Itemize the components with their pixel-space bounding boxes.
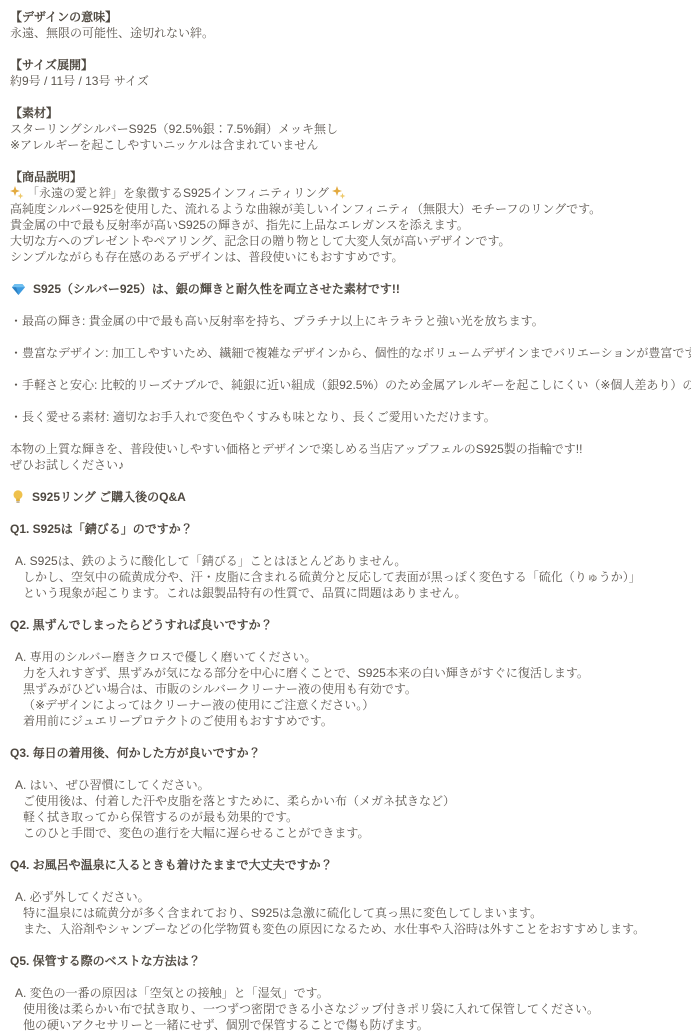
answer-line: A. 変色の一番の原因は「空気との接触」と「湿気」です。 <box>10 985 681 1001</box>
question: Q4. お風呂や温泉に入るときも着けたままで大丈夫ですか？ <box>10 857 681 873</box>
qa-item-5: Q5. 保管する際のベストな方法は？ A. 変色の一番の原因は「空気との接触」と… <box>10 953 681 1033</box>
answer: A. 変色の一番の原因は「空気との接触」と「湿気」です。 使用後は柔らかい布で拭… <box>10 985 681 1033</box>
answer-line: 使用後は柔らかい布で拭き取り、一つずつ密閉できる小さなジップ付きポリ袋に入れて保… <box>10 1001 681 1017</box>
section-material: 【素材】 スターリングシルバーS925（92.5%銀：7.5%銅）メッキ無し ※… <box>10 105 681 153</box>
feature-heading-row: S925（シルバー925）は、銀の輝きと耐久性を両立させた素材です!! <box>10 281 681 297</box>
qa-item-2: Q2. 黒ずんでしまったらどうすれば良いですか？ A. 専用のシルバー磨きクロス… <box>10 617 681 729</box>
answer: A. S925は、鉄のように酸化して「錆びる」ことはほとんどありません。 しかし… <box>10 553 681 601</box>
material-text: スターリングシルバーS925（92.5%銀：7.5%銅）メッキ無し <box>10 121 681 137</box>
answer-line: ご使用後は、付着した汗や皮脂を落とすために、柔らかい布（メガネ拭きなど） <box>10 793 681 809</box>
question: Q1. S925は「錆びる」のですか？ <box>10 521 681 537</box>
answer-line: A. はい、ぜひ習慣にしてください。 <box>10 777 681 793</box>
closing-text: ぜひお試しください♪ <box>10 457 681 473</box>
answer-line: このひと手間で、変色の進行を大幅に遅らせることができます。 <box>10 825 681 841</box>
qa-heading-row: S925リング ご購入後のQ&A <box>10 489 681 505</box>
answer-line: （※デザインによってはクリーナー液の使用にご注意ください。） <box>10 697 681 713</box>
size-text: 約9号 / 11号 / 13号 サイズ <box>10 73 681 89</box>
lightbulb-icon <box>12 490 24 505</box>
answer-line: 着用前にジュエリープロテクトのご使用もおすすめです。 <box>10 713 681 729</box>
qa-heading-text: S925リング ご購入後のQ&A <box>32 489 186 505</box>
qa-item-1: Q1. S925は「錆びる」のですか？ A. S925は、鉄のように酸化して「錆… <box>10 521 681 601</box>
feature-heading-text: S925（シルバー925）は、銀の輝きと耐久性を両立させた素材です!! <box>33 281 400 297</box>
answer-line: 力を入れすぎず、黒ずみが気になる部分を中心に磨くことで、S925本来の白い輝きが… <box>10 665 681 681</box>
answer: A. はい、ぜひ習慣にしてください。 ご使用後は、付着した汗や皮脂を落とすために… <box>10 777 681 841</box>
question: Q2. 黒ずんでしまったらどうすれば良いですか？ <box>10 617 681 633</box>
section-closing: 本物の上質な輝きを、普段使いしやすい価格とデザインで楽しめる当店アップフェルのS… <box>10 441 681 473</box>
design-text: 永遠、無限の可能性、途切れない絆。 <box>10 25 681 41</box>
answer-line: また、入浴剤やシャンプーなどの化学物質も変色の原因になるため、水仕事や入浴時は外… <box>10 921 681 937</box>
closing-text: 本物の上質な輝きを、普段使いしやすい価格とデザインで楽しめる当店アップフェルのS… <box>10 441 681 457</box>
answer: A. 専用のシルバー磨きクロスで優しく磨いてください。 力を入れすぎず、黒ずみが… <box>10 649 681 729</box>
section-size-range: 【サイズ展開】 約9号 / 11号 / 13号 サイズ <box>10 57 681 89</box>
answer-line: A. S925は、鉄のように酸化して「錆びる」ことはほとんどありません。 <box>10 553 681 569</box>
description-text: 貴金属の中で最も反射率が高いS925の輝きが、指先に上品なエレガンスを添えます。 <box>10 217 681 233</box>
description-text: 大切な方へのプレゼントやペアリング、記念日の贈り物として大変人気が高いデザインで… <box>10 233 681 249</box>
answer-line: 特に温泉には硫黄分が多く含まれており、S925は急激に硫化して真っ黒に変色してし… <box>10 905 681 921</box>
feature-bullet: ・手軽さと安心: 比較的リーズナブルで、純銀に近い組成（銀92.5%）のため金属… <box>10 377 681 393</box>
material-heading: 【素材】 <box>10 105 681 121</box>
answer-line: 軽く拭き取ってから保管するのが最も効果的です。 <box>10 809 681 825</box>
answer-line: 黒ずみがひどい場合は、市販のシルバークリーナー液の使用も有効です。 <box>10 681 681 697</box>
sparkles-icon <box>332 186 346 200</box>
tagline-text: 「永遠の愛と絆」を象徴するS925インフィニティリング <box>27 185 329 201</box>
answer-line: A. 必ず外してください。 <box>10 889 681 905</box>
description-text: 高純度シルバー925を使用した、流れるような曲線が美しいインフィニティ（無限大）… <box>10 201 681 217</box>
description-text: シンプルながらも存在感のあるデザインは、普段使いにもおすすめです。 <box>10 249 681 265</box>
description-heading: 【商品説明】 <box>10 169 681 185</box>
feature-bullet: ・長く愛せる素材: 適切なお手入れで変色やくすみも味となり、長くご愛用いただけま… <box>10 409 681 425</box>
design-heading: 【デザインの意味】 <box>10 9 681 25</box>
qa-item-3: Q3. 毎日の着用後、何かした方が良いですか？ A. はい、ぜひ習慣にしてくださ… <box>10 745 681 841</box>
question: Q3. 毎日の着用後、何かした方が良いですか？ <box>10 745 681 761</box>
gem-icon <box>12 284 25 295</box>
answer-line: A. 専用のシルバー磨きクロスで優しく磨いてください。 <box>10 649 681 665</box>
product-description-page: 【デザインの意味】 永遠、無限の可能性、途切れない絆。 【サイズ展開】 約9号 … <box>0 0 691 1033</box>
sparkles-icon <box>10 186 24 200</box>
answer: A. 必ず外してください。 特に温泉には硫黄分が多く含まれており、S925は急激… <box>10 889 681 937</box>
size-heading: 【サイズ展開】 <box>10 57 681 73</box>
material-allergy-note: ※アレルギーを起こしやすいニッケルは含まれていません <box>10 137 681 153</box>
answer-line: という現象が起こります。これは銀製品特有の性質で、品質に問題はありません。 <box>10 585 681 601</box>
feature-bullet: ・豊富なデザイン: 加工しやすいため、繊細で複雑なデザインから、個性的なボリュー… <box>10 345 681 361</box>
qa-item-4: Q4. お風呂や温泉に入るときも着けたままで大丈夫ですか？ A. 必ず外してくだ… <box>10 857 681 937</box>
question: Q5. 保管する際のベストな方法は？ <box>10 953 681 969</box>
section-product-description: 【商品説明】 「永遠の愛と絆」を象徴するS925インフィニティリング 高純度シル… <box>10 169 681 265</box>
answer-line: しかし、空気中の硫黄成分や、汗・皮脂に含まれる硫黄分と反応して表面が黒っぽく変色… <box>10 569 681 585</box>
answer-line: 他の硬いアクセサリーと一緒にせず、個別で保管することで傷も防げます。 <box>10 1017 681 1033</box>
feature-bullet: ・最高の輝き: 貴金属の中で最も高い反射率を持ち、プラチナ以上にキラキラと強い光… <box>10 313 681 329</box>
section-design-meaning: 【デザインの意味】 永遠、無限の可能性、途切れない絆。 <box>10 9 681 41</box>
tagline-row: 「永遠の愛と絆」を象徴するS925インフィニティリング <box>10 185 681 201</box>
